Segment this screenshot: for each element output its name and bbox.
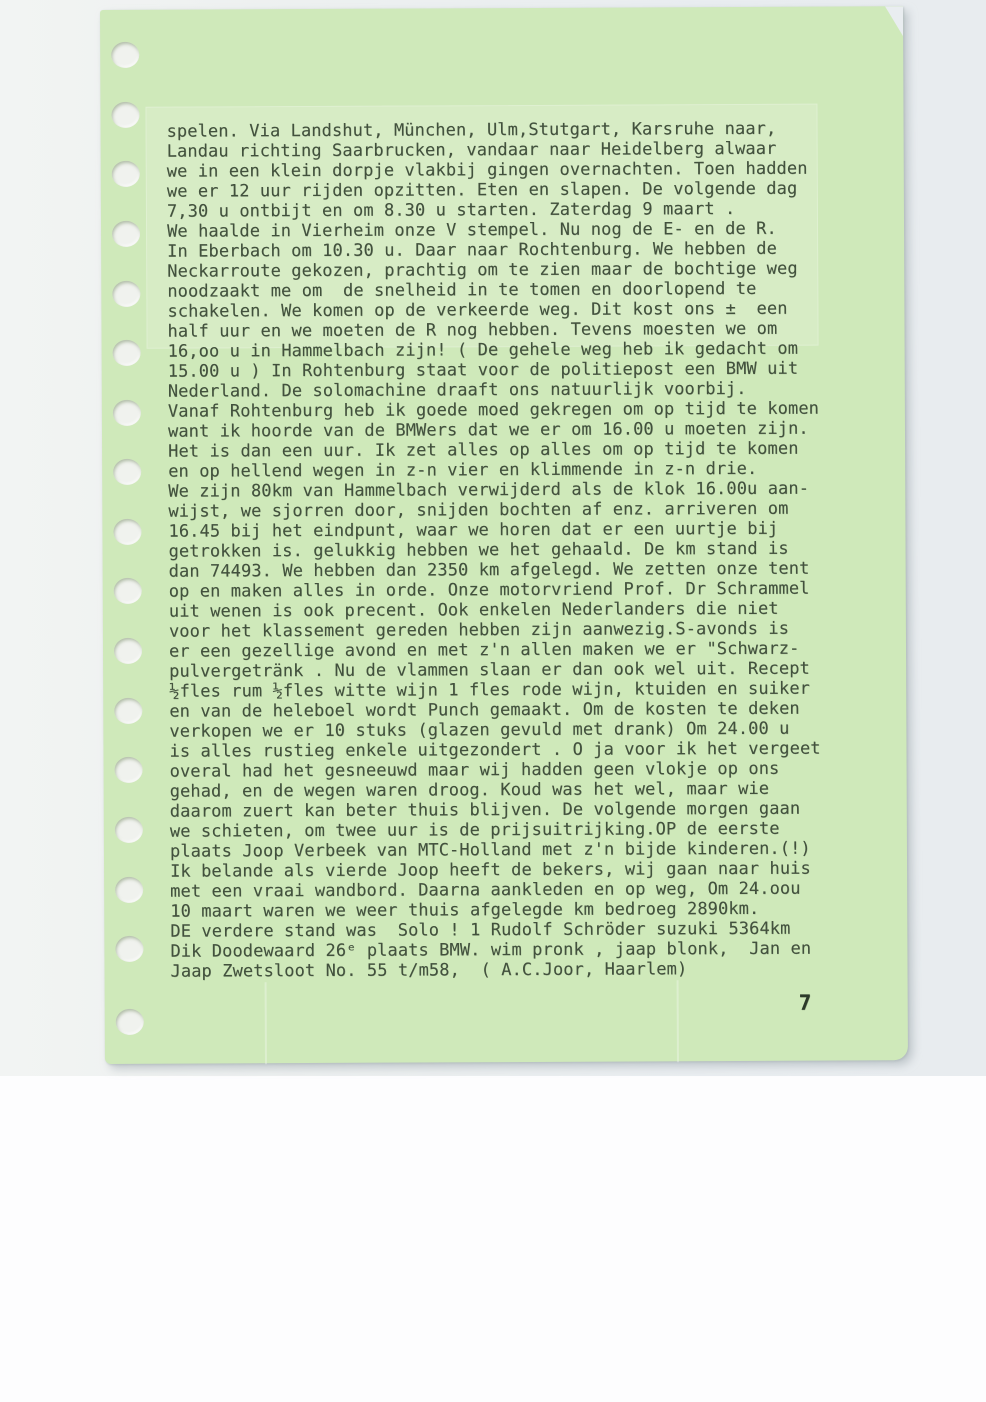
punch-hole: [113, 459, 141, 485]
crease-line: [677, 980, 679, 1062]
punch-hole: [114, 638, 142, 664]
punch-hole: [112, 161, 140, 187]
punch-hole: [115, 817, 143, 843]
corner-cut: [885, 6, 903, 36]
punch-hole: [114, 698, 142, 724]
text-line: 15.00 u ) In Rohtenburg staat voor de po…: [168, 358, 868, 381]
punch-hole: [113, 340, 141, 366]
scan-canvas: spelen. Via Landshut, München, Ulm,Stutg…: [0, 0, 986, 1402]
punch-hole: [116, 1009, 144, 1035]
punch-hole: [112, 221, 140, 247]
paper-sheet: spelen. Via Landshut, München, Ulm,Stutg…: [100, 6, 908, 1064]
punch-hole: [113, 519, 141, 545]
typewritten-text: spelen. Via Landshut, München, Ulm,Stutg…: [167, 118, 871, 981]
punch-hole: [112, 281, 140, 307]
crease-line: [265, 982, 267, 1064]
page-number: 7: [799, 991, 812, 1015]
text-line: met een vraai wandbord. Daarna aankleden…: [170, 878, 870, 901]
punch-hole: [115, 757, 143, 783]
punch-hole: [111, 102, 139, 128]
punch-hole: [115, 936, 143, 962]
text-line: Het is dan een uur. Ik zet alles op alle…: [168, 438, 868, 461]
text-line: Dik Doodewaard 26ᵉ plaats BMW. wim pronk…: [170, 938, 870, 961]
text-line: Neckarroute gekozen, prachtig om te zien…: [167, 258, 867, 281]
punch-hole: [111, 42, 139, 68]
punch-hole: [114, 578, 142, 604]
text-line: Jaap Zwetsloot No. 55 t/m58, ( A.C.Joor,…: [170, 958, 870, 981]
punch-hole: [115, 877, 143, 903]
punch-hole: [113, 400, 141, 426]
text-line: we er 12 uur rijden opzitten. Eten en sl…: [167, 178, 867, 201]
